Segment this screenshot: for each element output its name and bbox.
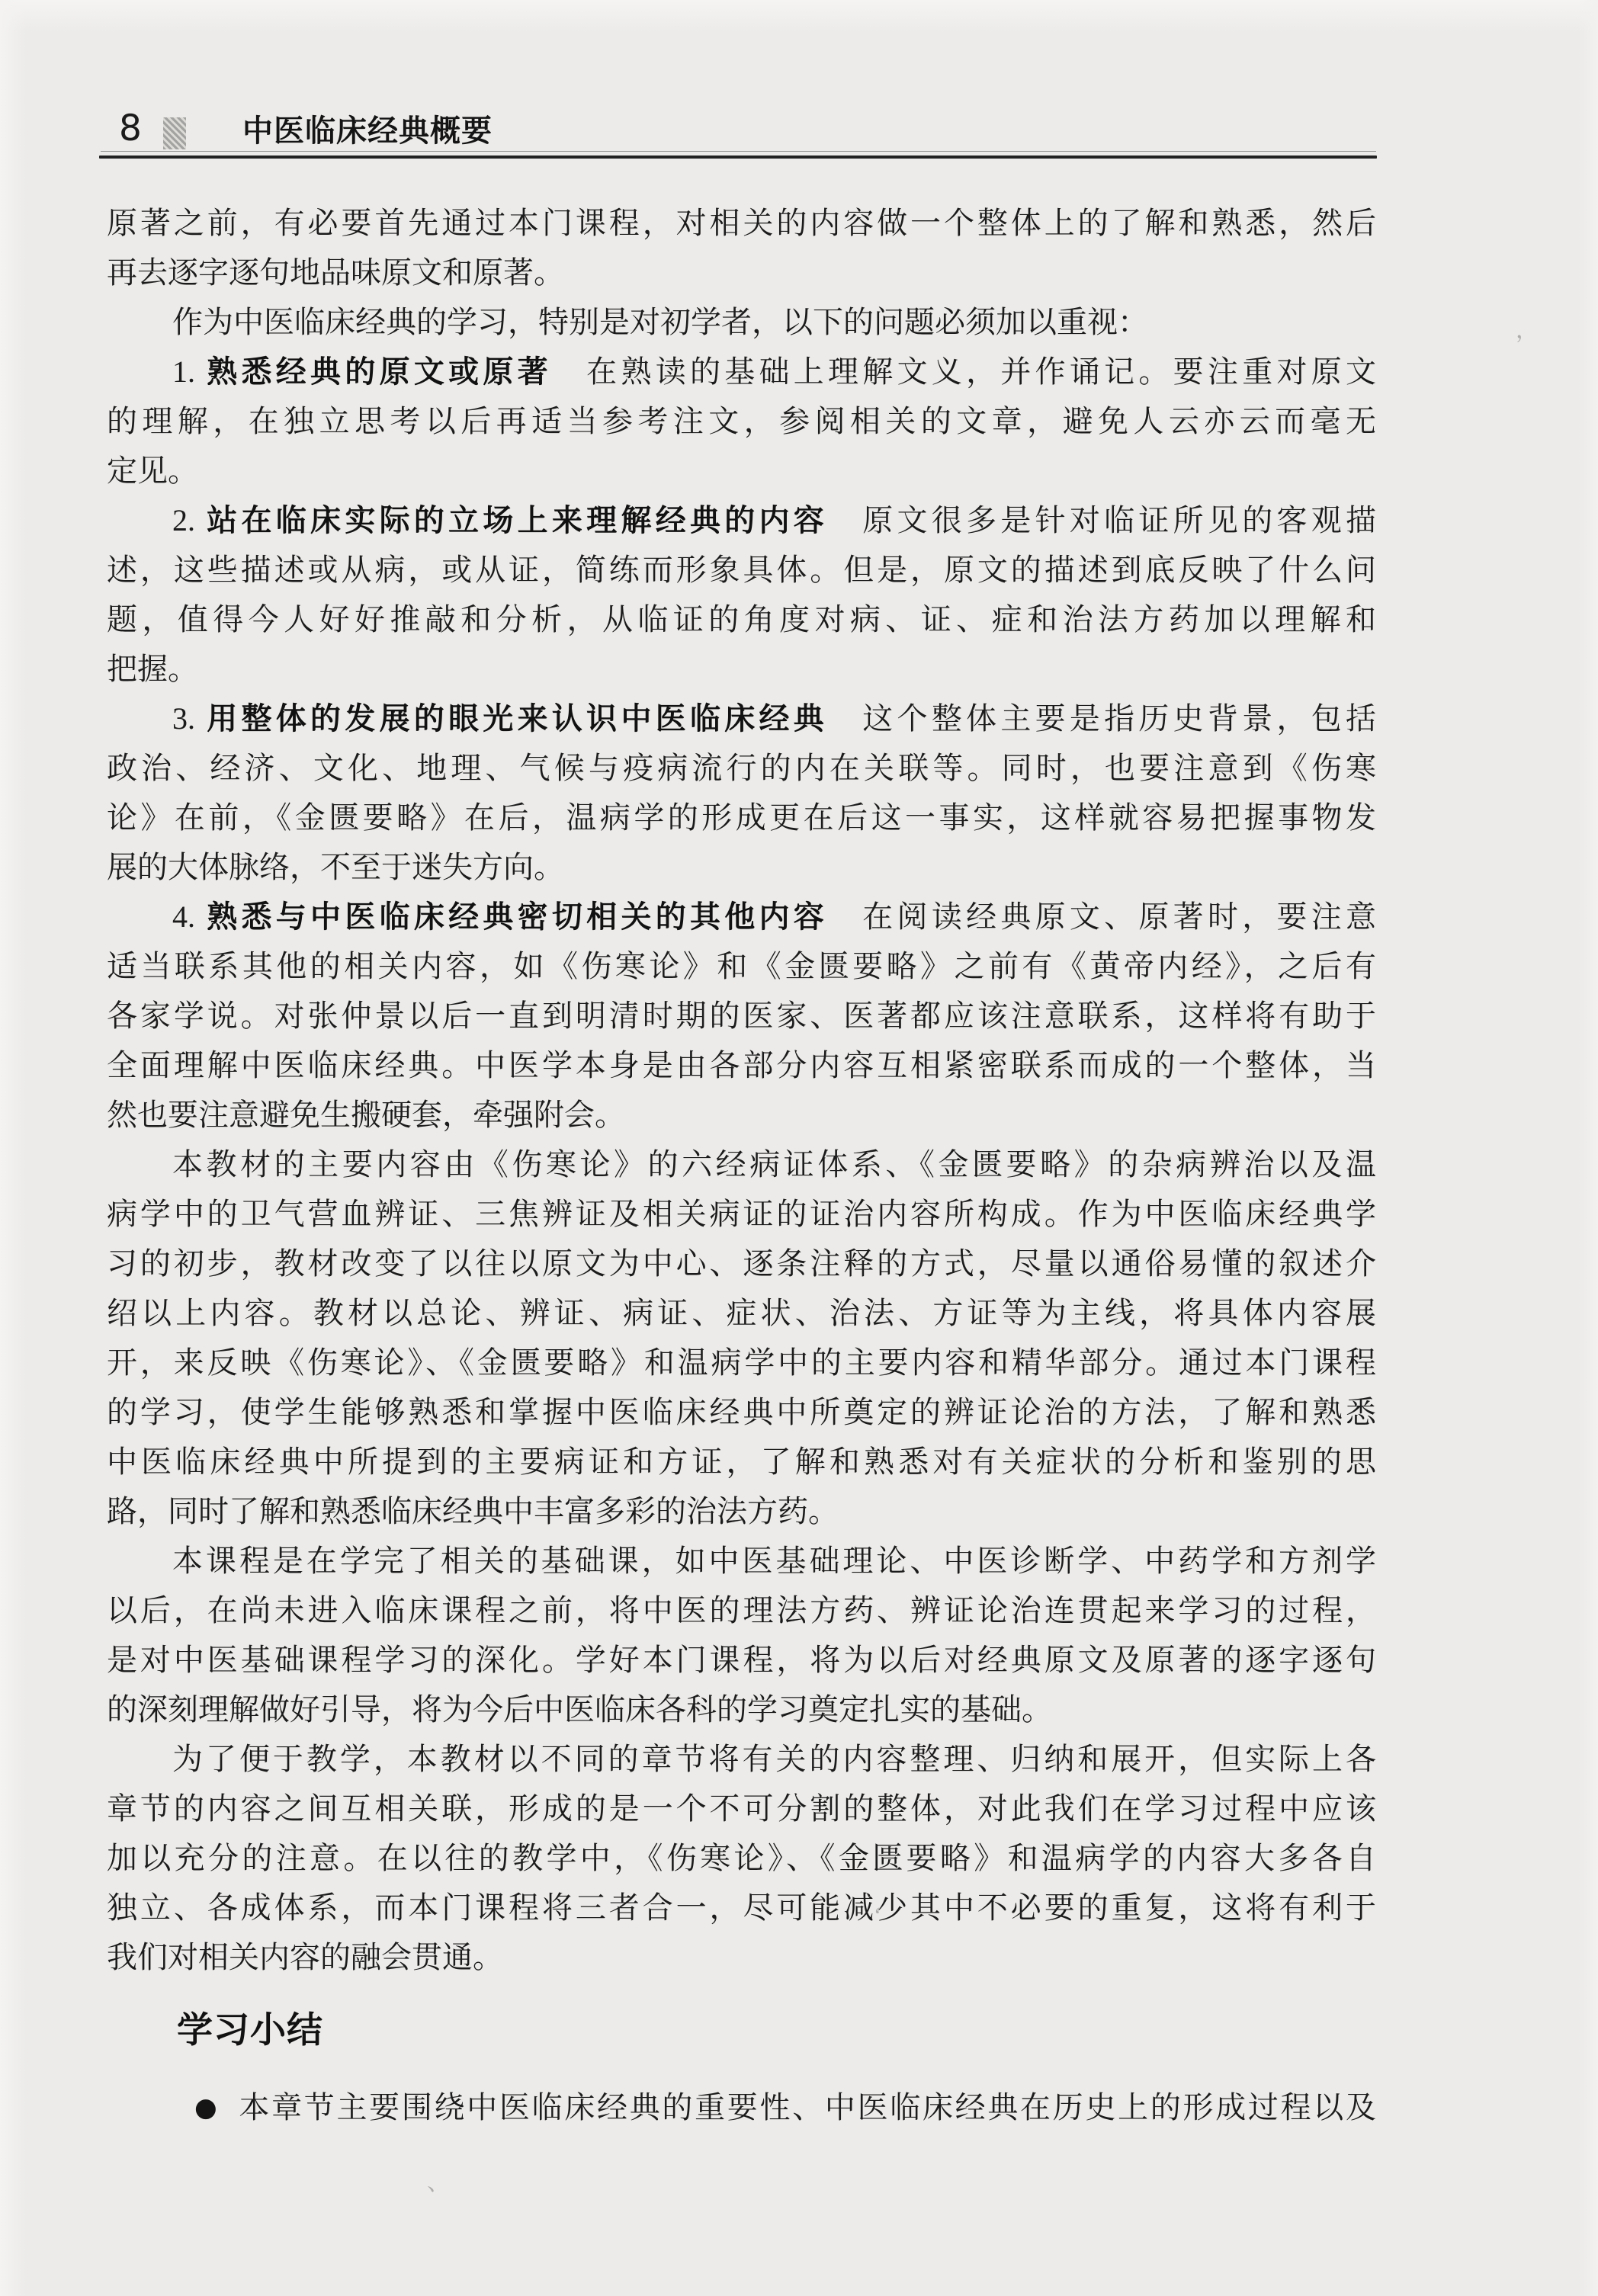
text-run: 1. xyxy=(172,354,207,389)
scanned-book-page: { "page": { "number": "8", "book_title":… xyxy=(0,0,1598,2296)
text-line: 的理解，在独立思考以后再适当参考注文，参阅相关的文章，避免人云亦云而毫无 xyxy=(107,396,1376,446)
numbered-item: 3. 用整体的发展的眼光来认识中医临床经典 这个整体主要是指历史背景，包括政治、… xyxy=(107,694,1376,892)
text-run: 全面理解中医临床经典。中医学本身是由各部分内容互相紧密联系而成的一个整体，当 xyxy=(107,1048,1376,1082)
numbered-item: 2. 站在临床实际的立场上来理解经典的内容 原文很多是针对临证所见的客观描述，这… xyxy=(107,495,1376,694)
text-line: 的学习，使学生能够熟悉和掌握中医临床经典中所奠定的辨证论治的方法，了解和熟悉 xyxy=(107,1387,1376,1437)
text-line: 适当联系其他的相关内容，如《伤寒论》和《金匮要略》之前有《黄帝内经》，之后有 xyxy=(107,941,1376,991)
text-run: 的学习，使学生能够熟悉和掌握中医临床经典中所奠定的辨证论治的方法，了解和熟悉 xyxy=(107,1395,1376,1429)
text-run: 在阅读经典原文、原著时，要注意 xyxy=(828,899,1376,934)
scan-edge-right xyxy=(1578,0,1598,2296)
text-line: 然也要注意避免生搬硬套，牵强附会。 xyxy=(107,1090,1376,1140)
section-marker-icon xyxy=(163,117,186,149)
paragraph: 本教材的主要内容由《伤寒论》的六经病证体系、《金匮要略》的杂病辨治以及温病学中的… xyxy=(107,1140,1376,1536)
document-body: 原著之前，有必要首先通过本门课程，对相关的内容做一个整体上的了解和熟悉，然后再去… xyxy=(107,198,1376,2132)
text-run: 原文很多是针对临证所见的客观描 xyxy=(828,503,1376,537)
text-run: 论》在前，《金匮要略》在后，温病学的形成更在后这一事实，这样就容易把握事物发 xyxy=(107,800,1376,835)
text-run: 原著之前，有必要首先通过本门课程，对相关的内容做一个整体上的了解和熟悉，然后 xyxy=(107,206,1376,240)
bold-run: 熟悉与中医临床经典密切相关的其他内容 xyxy=(207,900,828,934)
text-run: 在熟读的基础上理解文义，并作诵记。要注重对原文 xyxy=(552,354,1376,389)
text-line: 本课程是在学完了相关的基础课，如中医基础理论、中医诊断学、中药学和方剂学 xyxy=(107,1536,1376,1586)
text-line: 原著之前，有必要首先通过本门课程，对相关的内容做一个整体上的了解和熟悉，然后 xyxy=(107,198,1376,248)
text-run: 展的大体脉络，不至于迷失方向。 xyxy=(107,850,564,884)
numbered-item: 4. 熟悉与中医临床经典密切相关的其他内容 在阅读经典原文、原著时，要注意适当联… xyxy=(107,892,1376,1140)
text-line: 病学中的卫气营血辨证、三焦辨证及相关病证的证治内容所构成。作为中医临床经典学 xyxy=(107,1189,1376,1239)
text-line: 全面理解中医临床经典。中医学本身是由各部分内容互相紧密联系而成的一个整体，当 xyxy=(107,1041,1376,1090)
text-line: 本教材的主要内容由《伤寒论》的六经病证体系、《金匮要略》的杂病辨治以及温 xyxy=(107,1140,1376,1189)
bullet-icon: ● xyxy=(194,2092,219,2123)
numbered-item: 1. 熟悉经典的原文或原著 在熟读的基础上理解文义，并作诵记。要注重对原文的理解… xyxy=(107,347,1376,495)
text-run: 述，这些描述或从病，或从证，简练而形象具体。但是，原文的描述到底反映了什么问 xyxy=(107,553,1376,587)
text-line: 以后，在尚未进入临床课程之前，将中医的理法方药、辨证论治连贯起来学习的过程， xyxy=(107,1586,1376,1635)
text-line: 章节的内容之间互相关联，形成的是一个不可分割的整体，对此我们在学习过程中应该 xyxy=(107,1784,1376,1833)
text-run: 独立、各成体系，而本门课程将三者合一，尽可能减少其中不必要的重复，这将有利于 xyxy=(107,1890,1376,1925)
text-run: 的深刻理解做好引导，将为今后中医临床各科的学习奠定扎实的基础。 xyxy=(107,1692,1052,1727)
scan-speck: ‘ xyxy=(874,1903,881,1929)
text-run: 本教材的主要内容由《伤寒论》的六经病证体系、《金匮要略》的杂病辨治以及温 xyxy=(172,1147,1376,1182)
bold-run: 学习小结 xyxy=(177,2009,323,2050)
text-run: 定见。 xyxy=(107,454,198,488)
text-run: 病学中的卫气营血辨证、三焦辨证及相关病证的证治内容所构成。作为中医临床经典学 xyxy=(107,1197,1376,1231)
paragraph: 原著之前，有必要首先通过本门课程，对相关的内容做一个整体上的了解和熟悉，然后再去… xyxy=(107,198,1376,297)
text-line: 4. 熟悉与中医临床经典密切相关的其他内容 在阅读经典原文、原著时，要注意 xyxy=(107,892,1376,941)
text-run: 本课程是在学完了相关的基础课，如中医基础理论、中医诊断学、中药学和方剂学 xyxy=(172,1544,1376,1578)
text-line: 绍以上内容。教材以总论、辨证、病证、症状、治法、方证等为主线，将具体内容展 xyxy=(107,1288,1376,1338)
text-line: 展的大体脉络，不至于迷失方向。 xyxy=(107,842,1376,892)
scan-speck: ， xyxy=(1516,311,1539,345)
text-line: 我们对相关内容的融会贯通。 xyxy=(107,1932,1376,1982)
text-run: 以后，在尚未进入临床课程之前，将中医的理法方药、辨证论治连贯起来学习的过程， xyxy=(107,1593,1376,1627)
text-line: 学习小结 xyxy=(107,2003,1376,2057)
bold-run: 用整体的发展的眼光来认识中医临床经典 xyxy=(207,702,828,736)
text-line: 是对中医基础课程学习的深化。学好本门课程，将为以后对经典原文及原著的逐字逐句 xyxy=(107,1635,1376,1685)
text-run: 3. xyxy=(172,701,207,736)
header-rule-thin xyxy=(101,151,1376,152)
text-line: 中医临床经典中所提到的主要病证和方证，了解和熟悉对有关症状的分析和鉴别的思 xyxy=(107,1437,1376,1486)
text-line: 的深刻理解做好引导，将为今后中医临床各科的学习奠定扎实的基础。 xyxy=(107,1685,1376,1734)
text-line: 论》在前，《金匮要略》在后，温病学的形成更在后这一事实，这样就容易把握事物发 xyxy=(107,793,1376,842)
scan-edge-left xyxy=(0,0,26,2296)
text-run: 路，同时了解和熟悉临床经典中丰富多彩的治法方药。 xyxy=(107,1494,839,1528)
bold-run: 站在临床实际的立场上来理解经典的内容 xyxy=(207,504,828,537)
text-line: 作为中医临床经典的学习，特别是对初学者，以下的问题必须加以重视： xyxy=(107,297,1376,347)
scan-speck: 、 xyxy=(427,2163,450,2197)
text-run: 为了便于教学，本教材以不同的章节将有关的内容整理、归纳和展开，但实际上各 xyxy=(172,1742,1376,1776)
page-header: 8 中医临床经典概要 xyxy=(0,0,1598,175)
text-run: 4. xyxy=(172,899,207,934)
text-line: 为了便于教学，本教材以不同的章节将有关的内容整理、归纳和展开，但实际上各 xyxy=(107,1734,1376,1784)
text-run: 本章节主要围绕中医临床经典的重要性、中医临床经典在历史上的形成过程以及 xyxy=(239,2090,1376,2124)
paragraph: 本课程是在学完了相关的基础课，如中医基础理论、中医诊断学、中药学和方剂学以后，在… xyxy=(107,1536,1376,1734)
text-line: 3. 用整体的发展的眼光来认识中医临床经典 这个整体主要是指历史背景，包括 xyxy=(107,694,1376,743)
text-run: 的理解，在独立思考以后再适当参考注文，参阅相关的文章，避免人云亦云而毫无 xyxy=(107,404,1376,438)
text-line: 各家学说。对张仲景以后一直到明清时期的医家、医著都应该注意联系，这样将有助于 xyxy=(107,991,1376,1041)
text-line: 述，这些描述或从病，或从证，简练而形象具体。但是，原文的描述到底反映了什么问 xyxy=(107,545,1376,595)
text-run: 加以充分的注意。在以往的教学中，《伤寒论》、《金匮要略》和温病学的内容大多各自 xyxy=(107,1841,1376,1875)
text-line: ●本章节主要围绕中医临床经典的重要性、中医临床经典在历史上的形成过程以及 xyxy=(107,2083,1376,2132)
text-run: 题，值得今人好好推敲和分析，从临证的角度对病、证、症和治法方药加以理解和 xyxy=(107,602,1376,637)
text-run: 章节的内容之间互相关联，形成的是一个不可分割的整体，对此我们在学习过程中应该 xyxy=(107,1791,1376,1826)
text-line: 加以充分的注意。在以往的教学中，《伤寒论》、《金匮要略》和温病学的内容大多各自 xyxy=(107,1833,1376,1883)
bold-run: 熟悉经典的原文或原著 xyxy=(207,355,552,389)
text-run: 开，来反映《伤寒论》、《金匮要略》和温病学中的主要内容和精华部分。通过本门课程 xyxy=(107,1345,1376,1380)
text-line: 习的初步，教材改变了以往以原文为中心、逐条注释的方式，尽量以通俗易懂的叙述介 xyxy=(107,1239,1376,1288)
text-line: 2. 站在临床实际的立场上来理解经典的内容 原文很多是针对临证所见的客观描 xyxy=(107,495,1376,545)
text-run: 然也要注意避免生搬硬套，牵强附会。 xyxy=(107,1098,625,1132)
summary-bullet: ●本章节主要围绕中医临床经典的重要性、中医临床经典在历史上的形成过程以及 xyxy=(107,2083,1376,2132)
text-line: 开，来反映《伤寒论》、《金匮要略》和温病学中的主要内容和精华部分。通过本门课程 xyxy=(107,1338,1376,1387)
text-run: 习的初步，教材改变了以往以原文为中心、逐条注释的方式，尽量以通俗易懂的叙述介 xyxy=(107,1246,1376,1281)
text-run: 政治、经济、文化、地理、气候与疫病流行的内在关联等。同时，也要注意到《伤寒 xyxy=(107,751,1376,785)
text-run: 把握。 xyxy=(107,652,198,686)
text-line: 定见。 xyxy=(107,446,1376,495)
text-run: 这个整体主要是指历史背景，包括 xyxy=(828,701,1376,736)
text-run: 各家学说。对张仲景以后一直到明清时期的医家、医著都应该注意联系，这样将有助于 xyxy=(107,999,1376,1033)
text-line: 独立、各成体系，而本门课程将三者合一，尽可能减少其中不必要的重复，这将有利于 xyxy=(107,1883,1376,1932)
text-line: 把握。 xyxy=(107,644,1376,694)
paragraph: 为了便于教学，本教材以不同的章节将有关的内容整理、归纳和展开，但实际上各章节的内… xyxy=(107,1734,1376,1982)
section-heading: 学习小结 xyxy=(107,2003,1376,2057)
text-run: 再去逐字逐句地品味原文和原著。 xyxy=(107,255,564,290)
text-line: 再去逐字逐句地品味原文和原著。 xyxy=(107,248,1376,297)
text-line: 政治、经济、文化、地理、气候与疫病流行的内在关联等。同时，也要注意到《伤寒 xyxy=(107,743,1376,793)
text-line: 1. 熟悉经典的原文或原著 在熟读的基础上理解文义，并作诵记。要注重对原文 xyxy=(107,347,1376,396)
book-title: 中医临床经典概要 xyxy=(242,113,493,149)
text-line: 路，同时了解和熟悉临床经典中丰富多彩的治法方药。 xyxy=(107,1486,1376,1536)
text-line: 题，值得今人好好推敲和分析，从临证的角度对病、证、症和治法方药加以理解和 xyxy=(107,595,1376,644)
text-run: 2. xyxy=(172,503,207,537)
text-run: 适当联系其他的相关内容，如《伤寒论》和《金匮要略》之前有《黄帝内经》，之后有 xyxy=(107,949,1376,983)
text-run: 中医临床经典中所提到的主要病证和方证，了解和熟悉对有关症状的分析和鉴别的思 xyxy=(107,1445,1376,1479)
text-run: 绍以上内容。教材以总论、辨证、病证、症状、治法、方证等为主线，将具体内容展 xyxy=(107,1296,1376,1330)
text-run: 是对中医基础课程学习的深化。学好本门课程，将为以后对经典原文及原著的逐字逐句 xyxy=(107,1643,1376,1677)
header-rule xyxy=(99,156,1377,159)
text-run: 作为中医临床经典的学习，特别是对初学者，以下的问题必须加以重视： xyxy=(172,305,1148,339)
paragraph: 作为中医临床经典的学习，特别是对初学者，以下的问题必须加以重视： xyxy=(107,297,1376,347)
text-run: 我们对相关内容的融会贯通。 xyxy=(107,1940,503,1974)
page-number: 8 xyxy=(119,109,142,149)
